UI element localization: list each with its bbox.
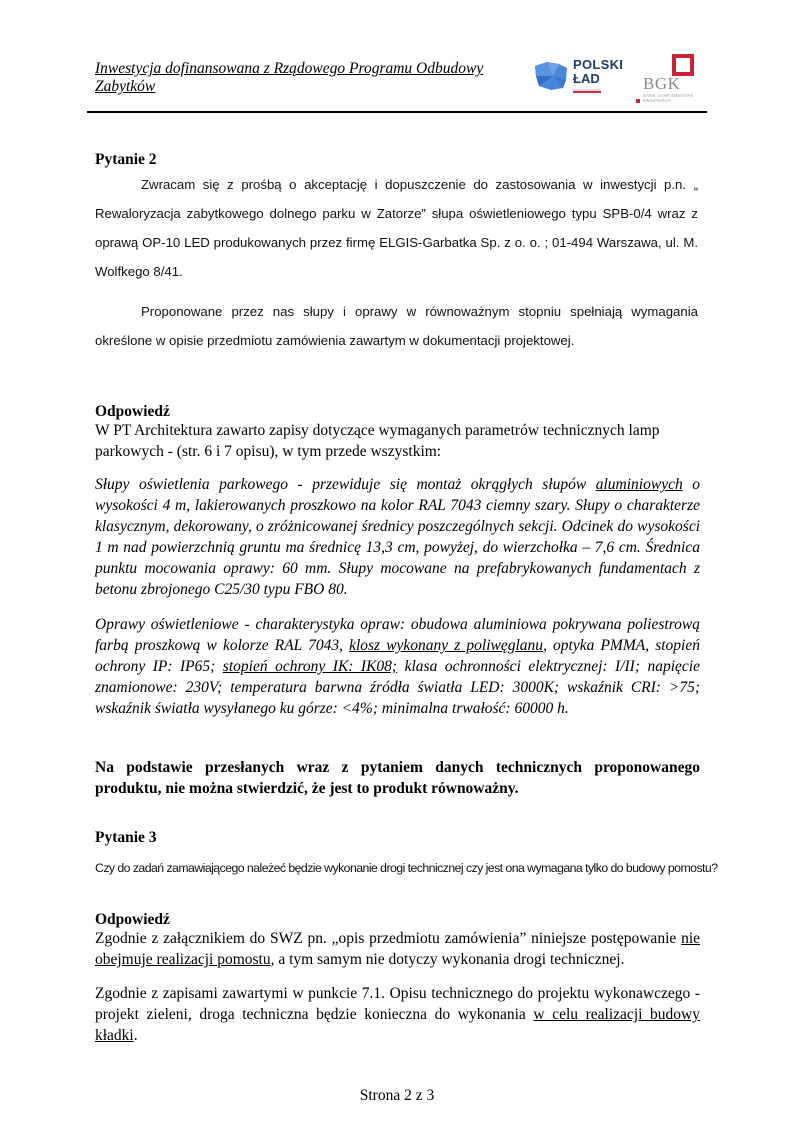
logo-stripe-red <box>573 91 601 93</box>
luminaires-underlined-1: klosz wykonany z poliwęglanu <box>349 637 543 654</box>
bgk-text: BGK <box>643 74 680 94</box>
question2-scanned-paragraph-2: Proponowane przez nas słupy i oprawy w r… <box>95 297 698 355</box>
polski-lad-line2: ŁAD <box>573 72 600 86</box>
answer2-intro: W PT Architektura zawarto zapisy dotyczą… <box>95 420 700 462</box>
polski-lad-logo: POLSKI ŁAD <box>533 58 623 98</box>
page-number: Strona 2 z 3 <box>0 1087 794 1105</box>
question3-heading: Pytanie 3 <box>95 829 700 847</box>
answer3-p1-text-start: Zgodnie z załącznikiem do SWZ pn. „opis … <box>95 930 681 947</box>
answer3-paragraph-2: Zgodnie z zapisami zawartymi w punkcie 7… <box>95 983 700 1046</box>
bgk-square-icon <box>672 54 694 76</box>
answer3-paragraph-1: Zgodnie z załącznikiem do SWZ pn. „opis … <box>95 928 700 970</box>
poles-text-end: o wysokości 4 m, lakierowanych proszkowo… <box>95 476 700 598</box>
answer2-poles-paragraph: Słupy oświetlenia parkowego - przewiduje… <box>95 474 700 600</box>
answer3-heading: Odpowiedź <box>95 911 700 929</box>
bgk-dot-icon <box>636 99 640 103</box>
answer2-heading: Odpowiedź <box>95 403 700 421</box>
poland-map-icon <box>533 60 569 92</box>
question2-heading: Pytanie 2 <box>95 151 700 169</box>
question2-scanned-paragraph-1: Zwracam się z prośbą o akceptację i dopu… <box>95 170 698 286</box>
header-title: Inwestycja dofinansowana z Rządowego Pro… <box>95 60 515 96</box>
answer2-luminaires-paragraph: Oprawy oświetleniowe - charakterystyka o… <box>95 614 700 719</box>
answer3-p1-text-end: , a tym samym nie dotyczy wykonania drog… <box>271 951 625 968</box>
bgk-subtitle: BANK GOSPODARSTWA KRAJOWEGO <box>643 93 703 103</box>
answer3-p2-text-end: . <box>134 1027 138 1044</box>
luminaires-underlined-2: stopień ochrony IK: IK08; <box>223 658 397 675</box>
poles-underlined: aluminiowych <box>596 476 683 493</box>
poles-text-start: Słupy oświetlenia parkowego - przewiduje… <box>95 476 596 493</box>
answer2-conclusion: Na podstawie przesłanych wraz z pytaniem… <box>95 757 700 799</box>
question3-scanned-text: Czy do zadań zamawiającego należeć będzi… <box>95 861 715 875</box>
header-divider <box>87 111 707 113</box>
bgk-logo: BGK BANK GOSPODARSTWA KRAJOWEGO <box>640 52 710 108</box>
polski-lad-line1: POLSKI <box>573 58 623 72</box>
